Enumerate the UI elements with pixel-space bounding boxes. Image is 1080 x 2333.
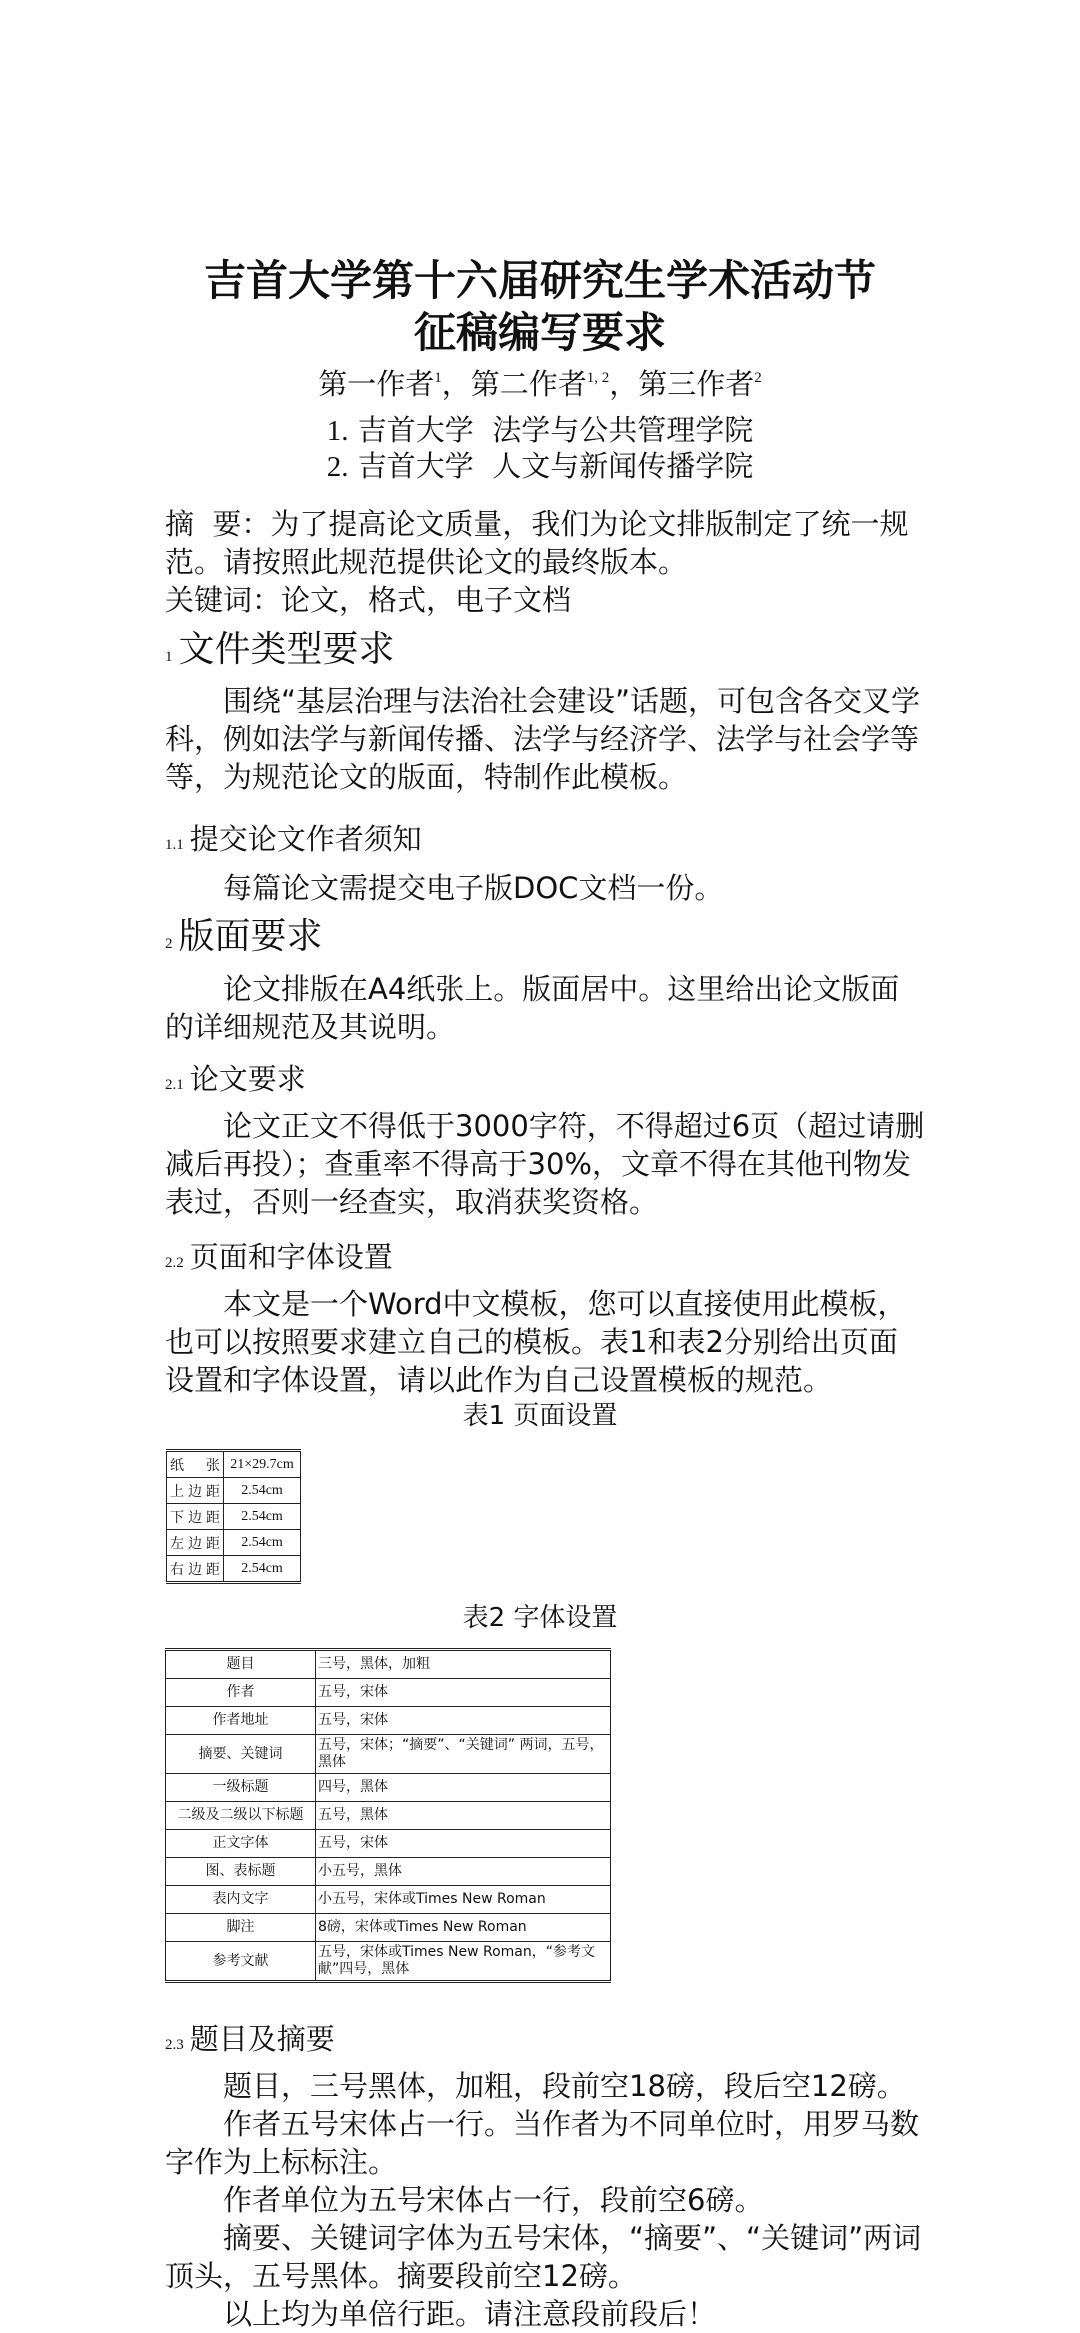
section-2-1-paragraph: 论文正文不得低于3000字符，不得超过6页（超过请删减后再投）；查重率不得高于3…	[165, 1107, 925, 1221]
author-name: 第二作者	[471, 367, 587, 401]
table-cell-value: 小五号，黑体	[316, 1858, 611, 1886]
author-name: 第一作者	[318, 367, 434, 401]
keywords: 关键词：论文，格式，电子文档	[165, 581, 925, 619]
table-cell-key: 下边距	[167, 1504, 224, 1530]
author-separator: ，	[609, 367, 638, 401]
section-title: 题目及摘要	[190, 2022, 335, 2056]
section-heading-2: 2版面要求	[165, 915, 323, 966]
affiliation-text: 吉首大学 法学与公共管理学院	[358, 413, 753, 447]
table-row: 题目 三号，黑体，加粗	[166, 1650, 611, 1679]
table-cell-value: 五号，黑体	[316, 1802, 611, 1830]
table-cell-key: 摘要、关键词	[166, 1735, 316, 1774]
affiliation-1: 1. 吉首大学 法学与公共管理学院	[0, 412, 1080, 449]
document-title-line1: 吉首大学第十六届研究生学术活动节	[0, 255, 1080, 307]
author-sup: 1, 2	[587, 370, 610, 386]
section-2-3-paragraph-3: 作者单位为五号宋体占一行，段前空6磅。	[165, 2181, 925, 2219]
table-row: 正文字体 五号，宋体	[166, 1830, 611, 1858]
section-2-3-paragraph-1: 题目，三号黑体，加粗，段前空18磅，段后空12磅。	[165, 2067, 925, 2105]
table-cell-value: 2.54cm	[224, 1504, 301, 1530]
section-heading-2-2: 2.2页面和字体设置	[165, 1238, 393, 1282]
author-sup: 2	[754, 370, 762, 386]
table-cell-key: 参考文献	[166, 1942, 316, 1982]
font-settings-table: 题目 三号，黑体，加粗 作者 五号，宋体 作者地址 五号，宋体 摘要、关键词 五…	[165, 1648, 611, 1983]
table-cell-key: 作者地址	[166, 1707, 316, 1735]
table-row: 左边距 2.54cm	[167, 1530, 301, 1556]
table-cell-value: 2.54cm	[224, 1556, 301, 1583]
table-row: 参考文献 五号，宋体或Times New Roman，“参考文献”四号，黑体	[166, 1942, 611, 1982]
author-line: 第一作者1，第二作者1, 2，第三作者2	[0, 360, 1080, 402]
section-title: 论文要求	[190, 1062, 306, 1096]
table-cell-key: 二级及二级以下标题	[166, 1802, 316, 1830]
table-row: 作者地址 五号，宋体	[166, 1707, 611, 1735]
section-number: 2	[165, 936, 173, 952]
table-cell-value: 五号，宋体；“摘要”、“关键词” 两词，五号，黑体	[316, 1735, 611, 1774]
section-2-3-paragraph-5: 以上均为单倍行距。请注意段前段后！	[165, 2295, 925, 2333]
section-heading-2-1: 2.1论文要求	[165, 1060, 306, 1104]
table-row: 脚注 8磅，宋体或Times New Roman	[166, 1914, 611, 1942]
table-cell-key: 一级标题	[166, 1774, 316, 1802]
table-cell-value: 8磅，宋体或Times New Roman	[316, 1914, 611, 1942]
section-2-2-paragraph: 本文是一个Word中文模板，您可以直接使用此模板，也可以按照要求建立自己的模板。…	[165, 1285, 925, 1399]
section-1-1-paragraph: 每篇论文需提交电子版DOC文档一份。	[165, 869, 925, 907]
section-1-paragraph: 围绕“基层治理与法治社会建设”话题，可包含各交叉学科，例如法学与新闻传播、法学与…	[165, 682, 925, 796]
table-row: 图、表标题 小五号，黑体	[166, 1858, 611, 1886]
table-row: 表内文字 小五号，宋体或Times New Roman	[166, 1886, 611, 1914]
section-2-3-paragraph-4: 摘要、关键词字体为五号宋体，“摘要”、“关键词”两词顶头，五号黑体。摘要段前空1…	[165, 2219, 925, 2295]
document-title-line2: 征稿编写要求	[0, 307, 1080, 359]
table-cell-key: 右边距	[167, 1556, 224, 1583]
affiliation-text: 吉首大学 人文与新闻传播学院	[358, 449, 753, 483]
section-title: 文件类型要求	[179, 629, 395, 670]
affiliation-2: 2. 吉首大学 人文与新闻传播学院	[0, 448, 1080, 485]
table-cell-value: 三号，黑体，加粗	[316, 1650, 611, 1679]
table-cell-key: 上边距	[167, 1478, 224, 1504]
table-cell-key: 题目	[166, 1650, 316, 1679]
table-cell-value: 四号，黑体	[316, 1774, 611, 1802]
table-row: 作者 五号，宋体	[166, 1679, 611, 1707]
table-cell-value: 五号，宋体或Times New Roman，“参考文献”四号，黑体	[316, 1942, 611, 1982]
table-cell-key: 表内文字	[166, 1886, 316, 1914]
table-cell-key: 纸 张	[167, 1451, 224, 1478]
table-row: 上边距 2.54cm	[167, 1478, 301, 1504]
section-heading-1-1: 1.1提交论文作者须知	[165, 820, 422, 864]
table-cell-value: 2.54cm	[224, 1478, 301, 1504]
table-cell-value: 21×29.7cm	[224, 1451, 301, 1478]
table-row: 摘要、关键词 五号，宋体；“摘要”、“关键词” 两词，五号，黑体	[166, 1735, 611, 1774]
document-page: 吉首大学第十六届研究生学术活动节 征稿编写要求 第一作者1，第二作者1, 2，第…	[0, 0, 1080, 2333]
table-row: 一级标题 四号，黑体	[166, 1774, 611, 1802]
table-cell-value: 小五号，宋体或Times New Roman	[316, 1886, 611, 1914]
table1-caption: 表1 页面设置	[0, 1400, 1080, 1432]
table-cell-value: 2.54cm	[224, 1530, 301, 1556]
page-settings-table: 纸 张 21×29.7cm 上边距 2.54cm 下边距 2.54cm 左边距 …	[166, 1449, 301, 1584]
table2-caption: 表2 字体设置	[0, 1602, 1080, 1634]
table-row: 纸 张 21×29.7cm	[167, 1451, 301, 1478]
abstract: 摘 要：为了提高论文质量，我们为论文排版制定了统一规范。请按照此规范提供论文的最…	[165, 505, 925, 581]
section-2-paragraph: 论文排版在A4纸张上。版面居中。这里给出论文版面的详细规范及其说明。	[165, 970, 925, 1046]
section-number: 2.3	[165, 2037, 184, 2053]
table-cell-key: 作者	[166, 1679, 316, 1707]
table-cell-key: 脚注	[166, 1914, 316, 1942]
author-name: 第三作者	[638, 367, 754, 401]
table-cell-key: 左边距	[167, 1530, 224, 1556]
table-cell-value: 五号，宋体	[316, 1707, 611, 1735]
section-number: 1	[165, 649, 173, 665]
section-heading-2-3: 2.3题目及摘要	[165, 2020, 335, 2064]
author-sup: 1	[434, 370, 442, 386]
section-title: 提交论文作者须知	[190, 822, 422, 856]
section-number: 2.1	[165, 1077, 184, 1093]
section-title: 版面要求	[179, 916, 323, 957]
section-heading-1: 1文件类型要求	[165, 628, 395, 679]
section-2-3-paragraph-2: 作者五号宋体占一行。当作者为不同单位时，用罗马数字作为上标标注。	[165, 2105, 925, 2181]
table-cell-value: 五号，宋体	[316, 1830, 611, 1858]
author-separator: ，	[442, 367, 471, 401]
affiliation-number: 1.	[327, 415, 349, 447]
table-cell-key: 正文字体	[166, 1830, 316, 1858]
table-row: 右边距 2.54cm	[167, 1556, 301, 1583]
table-cell-key: 图、表标题	[166, 1858, 316, 1886]
section-number: 2.2	[165, 1255, 184, 1271]
section-number: 1.1	[165, 837, 184, 853]
table-cell-value: 五号，宋体	[316, 1679, 611, 1707]
table-row: 二级及二级以下标题 五号，黑体	[166, 1802, 611, 1830]
affiliation-number: 2.	[327, 451, 349, 483]
section-title: 页面和字体设置	[190, 1240, 393, 1274]
table-row: 下边距 2.54cm	[167, 1504, 301, 1530]
